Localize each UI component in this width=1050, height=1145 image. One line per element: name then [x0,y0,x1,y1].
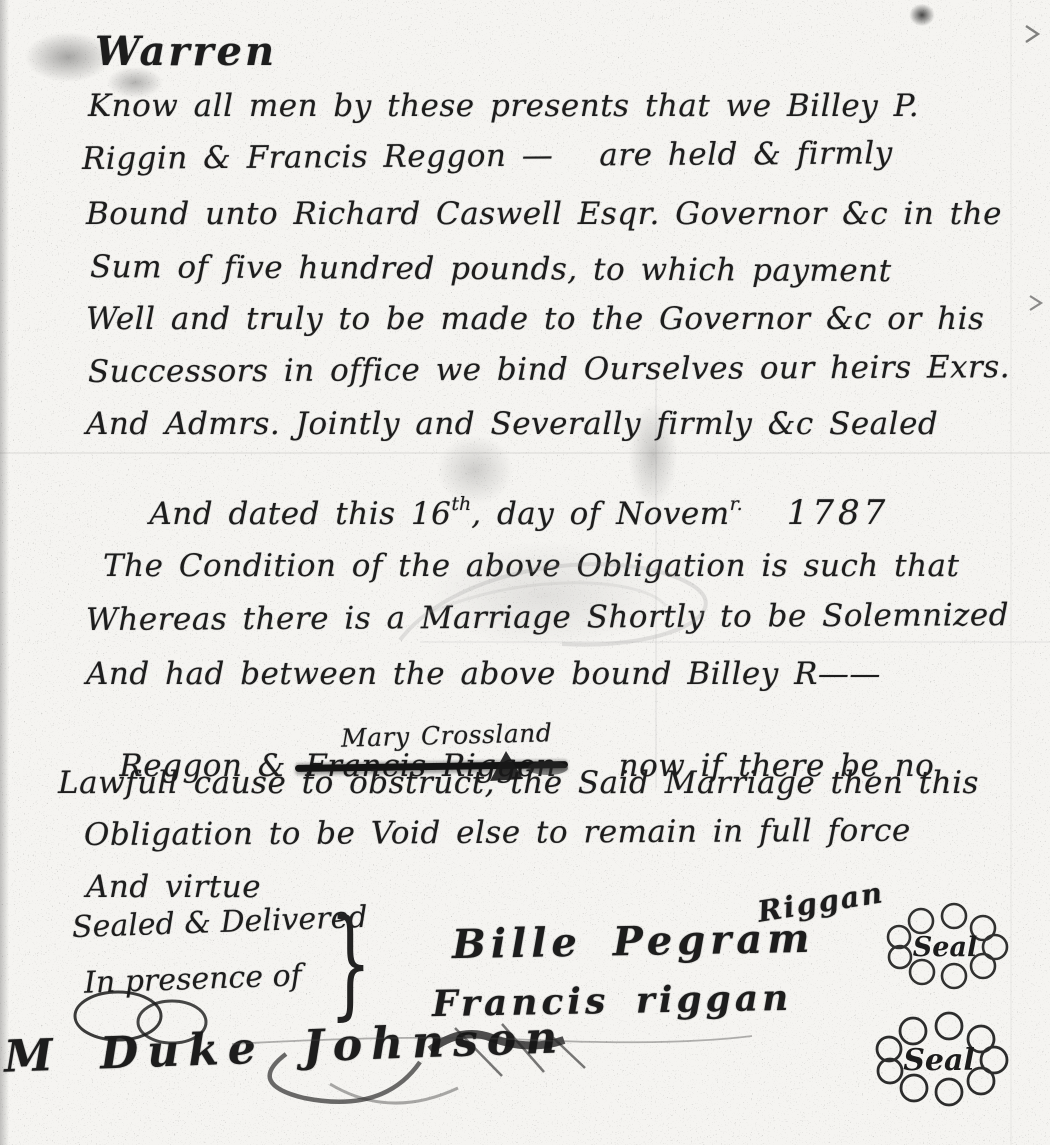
superscript-th: th [451,493,471,515]
condition-line-1: The Condition of the above Obligation is… [103,548,959,584]
date-line-text: And dated this 16 [149,496,451,532]
seal-label-1: Seal [913,932,977,963]
margin-mark-mid [1030,296,1041,310]
margin-mark-top [1026,26,1038,42]
closing-line-1: Lawfull cause to obstruct, the Said Marr… [58,765,979,801]
top-right-ink-mark [905,0,939,30]
closing-line-2: Obligation to be Void else to remain in … [84,813,911,853]
horizontal-fold-line [0,452,1050,454]
attestation-sealed-delivered: Sealed & Delivered [71,900,368,945]
seal-flourish-1: Seal [876,900,1014,994]
body-line-2: Riggin & Francis Reggon — are held & fir… [82,135,893,177]
closing-line-3: And virtue [86,869,261,905]
year-value: 1787 [787,493,890,533]
superscript-r: r. [730,493,743,515]
attestation-in-presence-of: In presence of [83,958,302,1001]
body-line-1: Know all men by these presents that we B… [88,88,919,124]
seal-label-2: Seal [903,1043,975,1078]
horizontal-fold-line-2 [420,641,1050,643]
witness-signature: M Duke Johnson [3,1012,567,1083]
body-line-5: Well and truly to be made to the Governo… [86,301,984,337]
body-line-6: Successors in office we bind Ourselves o… [88,349,1010,390]
body-line-7: And Admrs. Jointly and Severally firmly … [86,406,938,442]
marriage-bond-document: Warren Know all men by these presents th… [0,0,1050,1145]
signature-flourish-tail [330,1084,458,1103]
county-heading: Warren [95,28,277,75]
body-line-3: Bound unto Richard Caswell Esqr. Governo… [86,196,1002,232]
signature-surname-note: Riggan [755,875,886,929]
condition-line-3: And had between the above bound Billey R… [86,656,881,692]
condition-line-2: Whereas there is a Marriage Shortly to b… [86,597,1009,638]
scan-edge-shadow [0,0,9,1145]
brace-icon: } [329,893,371,1032]
date-line-text-2: , day of Novem [471,496,729,532]
seal-flourish-2: Seal [864,1008,1014,1112]
body-line-4: Sum of five hundred pounds, to which pay… [90,249,892,289]
